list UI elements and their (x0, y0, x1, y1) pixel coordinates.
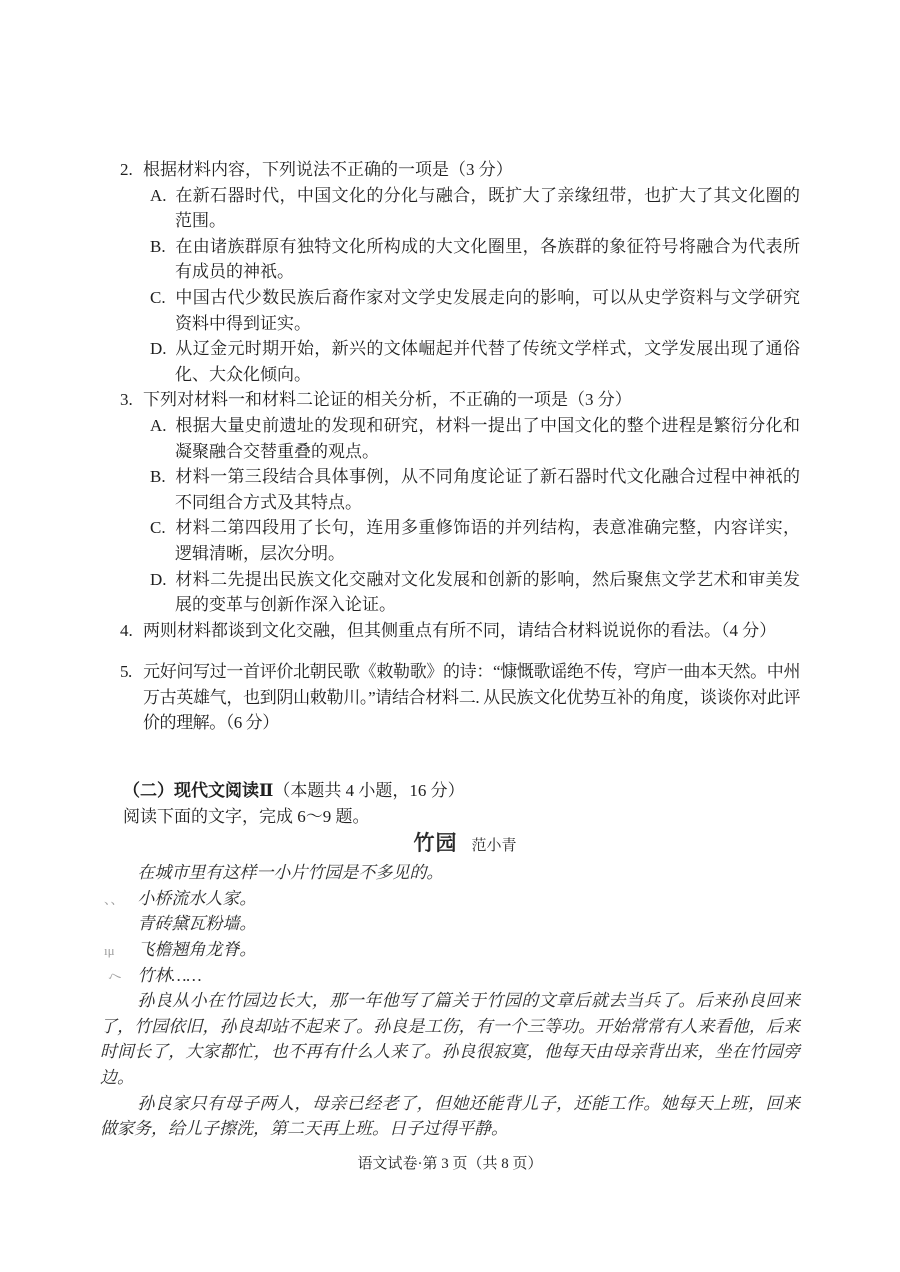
question-stem-text: 元好问写过一首评价北朝民歌《敕勒歌》的诗：“慷慨歌谣绝不传，穹庐一曲本天然。中州… (143, 662, 800, 732)
passage-short-line: ıμ飞檐翘角龙脊。 (100, 937, 800, 963)
question-4-stem: 4.两则材料都谈到文化交融，但其侧重点有所不同，请结合材料说说你的看法。（4 分… (100, 618, 800, 644)
page-footer: 语文试卷·第 3 页（共 8 页） (100, 1152, 800, 1177)
question-5: 5.元好问写过一首评价北朝民歌《敕勒歌》的诗：“慷慨歌谣绝不传，穹庐一曲本天然。… (100, 659, 800, 736)
question-3: 3.下列对材料一和材料二论证的相关分析，不正确的一项是（3 分） A.根据大量史… (100, 387, 800, 617)
passage-short-line: 、、小桥流水人家。 (100, 886, 800, 912)
question-5-stem: 5.元好问写过一首评价北朝民歌《敕勒歌》的诗：“慷慨歌谣绝不传，穹庐一曲本天然。… (100, 659, 800, 736)
reading-passage: 竹园范小青 在城市里有这样一小片竹园是不多见的。 、、小桥流水人家。 青砖黛瓦粉… (100, 829, 800, 1142)
short-line-text: 青砖黛瓦粉墙。 (137, 914, 256, 933)
option-label: D. (150, 567, 175, 593)
option-text: 在新石器时代，中国文化的分化与融合，既扩大了亲缘纽带，也扩大了其文化圈的范围。 (175, 186, 800, 231)
passage-paragraph: 孙良从小在竹园边长大，那一年他写了篇关于竹园的文章后就去当兵了。后来孙良回来了，… (100, 988, 800, 1090)
passage-short-line: 青砖黛瓦粉墙。 (100, 911, 800, 937)
exam-content: 2.根据材料内容，下列说法不正确的一项是（3 分） A.在新石器时代，中国文化的… (100, 157, 800, 1142)
question-number: 5. (120, 659, 143, 685)
passage-author: 范小青 (471, 838, 516, 854)
question-stem-text: 下列对材料一和材料二论证的相关分析，不正确的一项是（3 分） (143, 390, 632, 409)
short-line-text: 竹林…… (137, 966, 201, 985)
question-3-option-a: A.根据大量史前遗址的发现和研究，材料一提出了中国文化的整个进程是繁衍分化和凝聚… (100, 413, 800, 464)
option-label: A. (150, 413, 175, 439)
question-2: 2.根据材料内容，下列说法不正确的一项是（3 分） A.在新石器时代，中国文化的… (100, 157, 800, 387)
section-2-header: （二）现代文阅读Ⅱ（本题共 4 小题，16 分） (100, 778, 800, 804)
page-number: 语文试卷·第 3 页（共 8 页） (358, 1156, 543, 1172)
question-2-stem: 2.根据材料内容，下列说法不正确的一项是（3 分） (100, 157, 800, 183)
short-line-text: 飞檐翘角龙脊。 (137, 940, 256, 959)
question-2-option-c: C.中国古代少数民族后裔作家对文学史发展走向的影响，可以从史学资料与文学研究资料… (100, 285, 800, 336)
reading-instruction: 阅读下面的文字，完成 6～9 题。 (100, 804, 800, 830)
section-header-title: （二）现代文阅读Ⅱ (123, 781, 273, 800)
question-number: 2. (120, 157, 143, 183)
question-number: 4. (120, 618, 143, 644)
passage-title-line: 竹园范小青 (100, 829, 800, 860)
short-line-text: 小桥流水人家。 (137, 889, 256, 908)
question-2-option-b: B.在由诸族群原有独特文化所构成的大文化圈里，各族群的象征符号将融合为代表所有成… (100, 234, 800, 285)
option-label: D. (150, 336, 175, 362)
pencil-mark-annotation: へ (104, 962, 124, 990)
question-2-option-a: A.在新石器时代，中国文化的分化与融合，既扩大了亲缘纽带，也扩大了其文化圈的范围… (100, 183, 800, 234)
option-text: 根据大量史前遗址的发现和研究，材料一提出了中国文化的整个进程是繁衍分化和凝聚融合… (175, 416, 800, 461)
section-header-meta: （本题共 4 小题，16 分） (273, 781, 464, 800)
question-3-option-d: D.材料二先提出民族文化交融对文化发展和创新的影响，然后聚焦文学艺术和审美发展的… (100, 567, 800, 618)
question-stem-text: 根据材料内容，下列说法不正确的一项是（3 分） (143, 160, 513, 179)
option-text: 中国古代少数民族后裔作家对文学史发展走向的影响，可以从史学资料与文学研究资料中得… (175, 288, 800, 333)
question-stem-text: 两则材料都谈到文化交融，但其侧重点有所不同，请结合材料说说你的看法。（4 分） (143, 621, 776, 640)
option-text: 在由诸族群原有独特文化所构成的大文化圈里，各族群的象征符号将融合为代表所有成员的… (175, 237, 800, 282)
option-text: 从辽金元时期开始，新兴的文体崛起并代替了传统文学样式，文学发展出现了通俗化、大众… (175, 339, 800, 384)
passage-short-line: へ竹林…… (100, 963, 800, 989)
option-text: 材料二第四段用了长句，连用多重修饰语的并列结构，表意准确完整，内容详实，逻辑清晰… (175, 518, 800, 563)
option-text: 材料二先提出民族文化交融对文化发展和创新的影响，然后聚焦文学艺术和审美发展的变革… (175, 570, 800, 615)
passage-title: 竹园 (413, 831, 457, 855)
option-label: B. (150, 234, 175, 260)
question-3-option-c: C.材料二第四段用了长句，连用多重修饰语的并列结构，表意准确完整，内容详实，逻辑… (100, 515, 800, 566)
question-3-option-b: B.材料一第三段结合具体事例，从不同角度论证了新石器时代文化融合过程中神祇的不同… (100, 464, 800, 515)
option-label: B. (150, 464, 175, 490)
exam-page: 2.根据材料内容，下列说法不正确的一项是（3 分） A.在新石器时代，中国文化的… (0, 0, 900, 1272)
passage-paragraph: 在城市里有这样一小片竹园是不多见的。 (100, 860, 800, 886)
section-2: （二）现代文阅读Ⅱ（本题共 4 小题，16 分） 阅读下面的文字，完成 6～9 … (100, 778, 800, 1142)
option-text: 材料一第三段结合具体事例，从不同角度论证了新石器时代文化融合过程中神祇的不同组合… (175, 467, 800, 512)
option-label: C. (150, 515, 175, 541)
pencil-mark-annotation: ıμ (104, 938, 115, 964)
question-2-option-d: D.从辽金元时期开始，新兴的文体崛起并代替了传统文学样式，文学发展出现了通俗化、… (100, 336, 800, 387)
option-label: C. (150, 285, 175, 311)
passage-paragraph: 孙良家只有母子两人，母亲已经老了，但她还能背儿子，还能工作。她每天上班，回来做家… (100, 1091, 800, 1142)
question-number: 3. (120, 387, 143, 413)
question-4: 4.两则材料都谈到文化交融，但其侧重点有所不同，请结合材料说说你的看法。（4 分… (100, 618, 800, 644)
question-3-stem: 3.下列对材料一和材料二论证的相关分析，不正确的一项是（3 分） (100, 387, 800, 413)
option-label: A. (150, 183, 175, 209)
pencil-mark-annotation: 、、 (104, 887, 124, 913)
